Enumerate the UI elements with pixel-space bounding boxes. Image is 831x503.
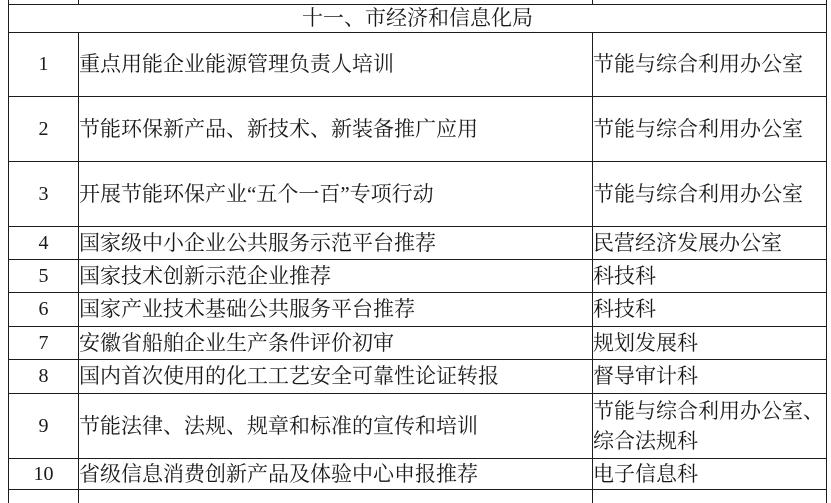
department: 节能与综合利用办公室 [593, 32, 827, 96]
table-row: 9 节能法律、法规、规章和标准的宣传和培训 节能与综合利用办公室、综合法规科 [9, 393, 827, 458]
row-number: 3 [9, 161, 79, 226]
item-name: 国内首次使用的化工工艺安全可靠性论证转报 [79, 359, 593, 393]
department: 规划发展科 [593, 326, 827, 359]
row-number: 8 [9, 359, 79, 393]
section-title: 十一、市经济和信息化局 [9, 4, 827, 32]
item-name: 重点用能企业能源管理负责人培训 [79, 32, 593, 96]
table-row: 7 安徽省船舶企业生产条件评价初审 规划发展科 [9, 326, 827, 359]
row-number: 5 [9, 259, 79, 292]
table-row: 8 国内首次使用的化工工艺安全可靠性论证转报 督导审计科 [9, 359, 827, 393]
item-name: 安徽省船舶企业生产条件评价初审 [79, 326, 593, 359]
department: 民营经济发展办公室 [593, 226, 827, 259]
item-name: 省级信息消费创新产品及体验中心申报推荐 [79, 458, 593, 489]
item-name: 开展节能环保产业“五个一百”专项行动 [79, 161, 593, 226]
document-page: 十一、市经济和信息化局 1 重点用能企业能源管理负责人培训 节能与综合利用办公室… [8, 0, 826, 502]
department: 电子信息科 [593, 458, 827, 489]
row-number: 9 [9, 393, 79, 458]
row-number: 6 [9, 292, 79, 326]
department: 科技科 [593, 259, 827, 292]
row-number: 4 [9, 226, 79, 259]
cutoff-row-bottom [9, 489, 827, 502]
table-row: 6 国家产业技术基础公共服务平台推荐 科技科 [9, 292, 827, 326]
table-row: 5 国家技术创新示范企业推荐 科技科 [9, 259, 827, 292]
department: 节能与综合利用办公室、综合法规科 [593, 393, 827, 458]
row-number: 10 [9, 458, 79, 489]
approval-items-table: 十一、市经济和信息化局 1 重点用能企业能源管理负责人培训 节能与综合利用办公室… [8, 0, 827, 502]
department: 科技科 [593, 292, 827, 326]
item-name: 国家技术创新示范企业推荐 [79, 259, 593, 292]
table-row: 4 国家级中小企业公共服务示范平台推荐 民营经济发展办公室 [9, 226, 827, 259]
row-number: 7 [9, 326, 79, 359]
department: 督导审计科 [593, 359, 827, 393]
table-row: 1 重点用能企业能源管理负责人培训 节能与综合利用办公室 [9, 32, 827, 96]
item-name: 节能环保新产品、新技术、新装备推广应用 [79, 96, 593, 161]
item-name: 国家级中小企业公共服务示范平台推荐 [79, 226, 593, 259]
section-header-row: 十一、市经济和信息化局 [9, 4, 827, 32]
item-name: 节能法律、法规、规章和标准的宣传和培训 [79, 393, 593, 458]
row-number: 2 [9, 96, 79, 161]
item-name: 国家产业技术基础公共服务平台推荐 [79, 292, 593, 326]
table-row: 3 开展节能环保产业“五个一百”专项行动 节能与综合利用办公室 [9, 161, 827, 226]
table-row: 2 节能环保新产品、新技术、新装备推广应用 节能与综合利用办公室 [9, 96, 827, 161]
department: 节能与综合利用办公室 [593, 161, 827, 226]
row-number: 1 [9, 32, 79, 96]
table-row: 10 省级信息消费创新产品及体验中心申报推荐 电子信息科 [9, 458, 827, 489]
department: 节能与综合利用办公室 [593, 96, 827, 161]
